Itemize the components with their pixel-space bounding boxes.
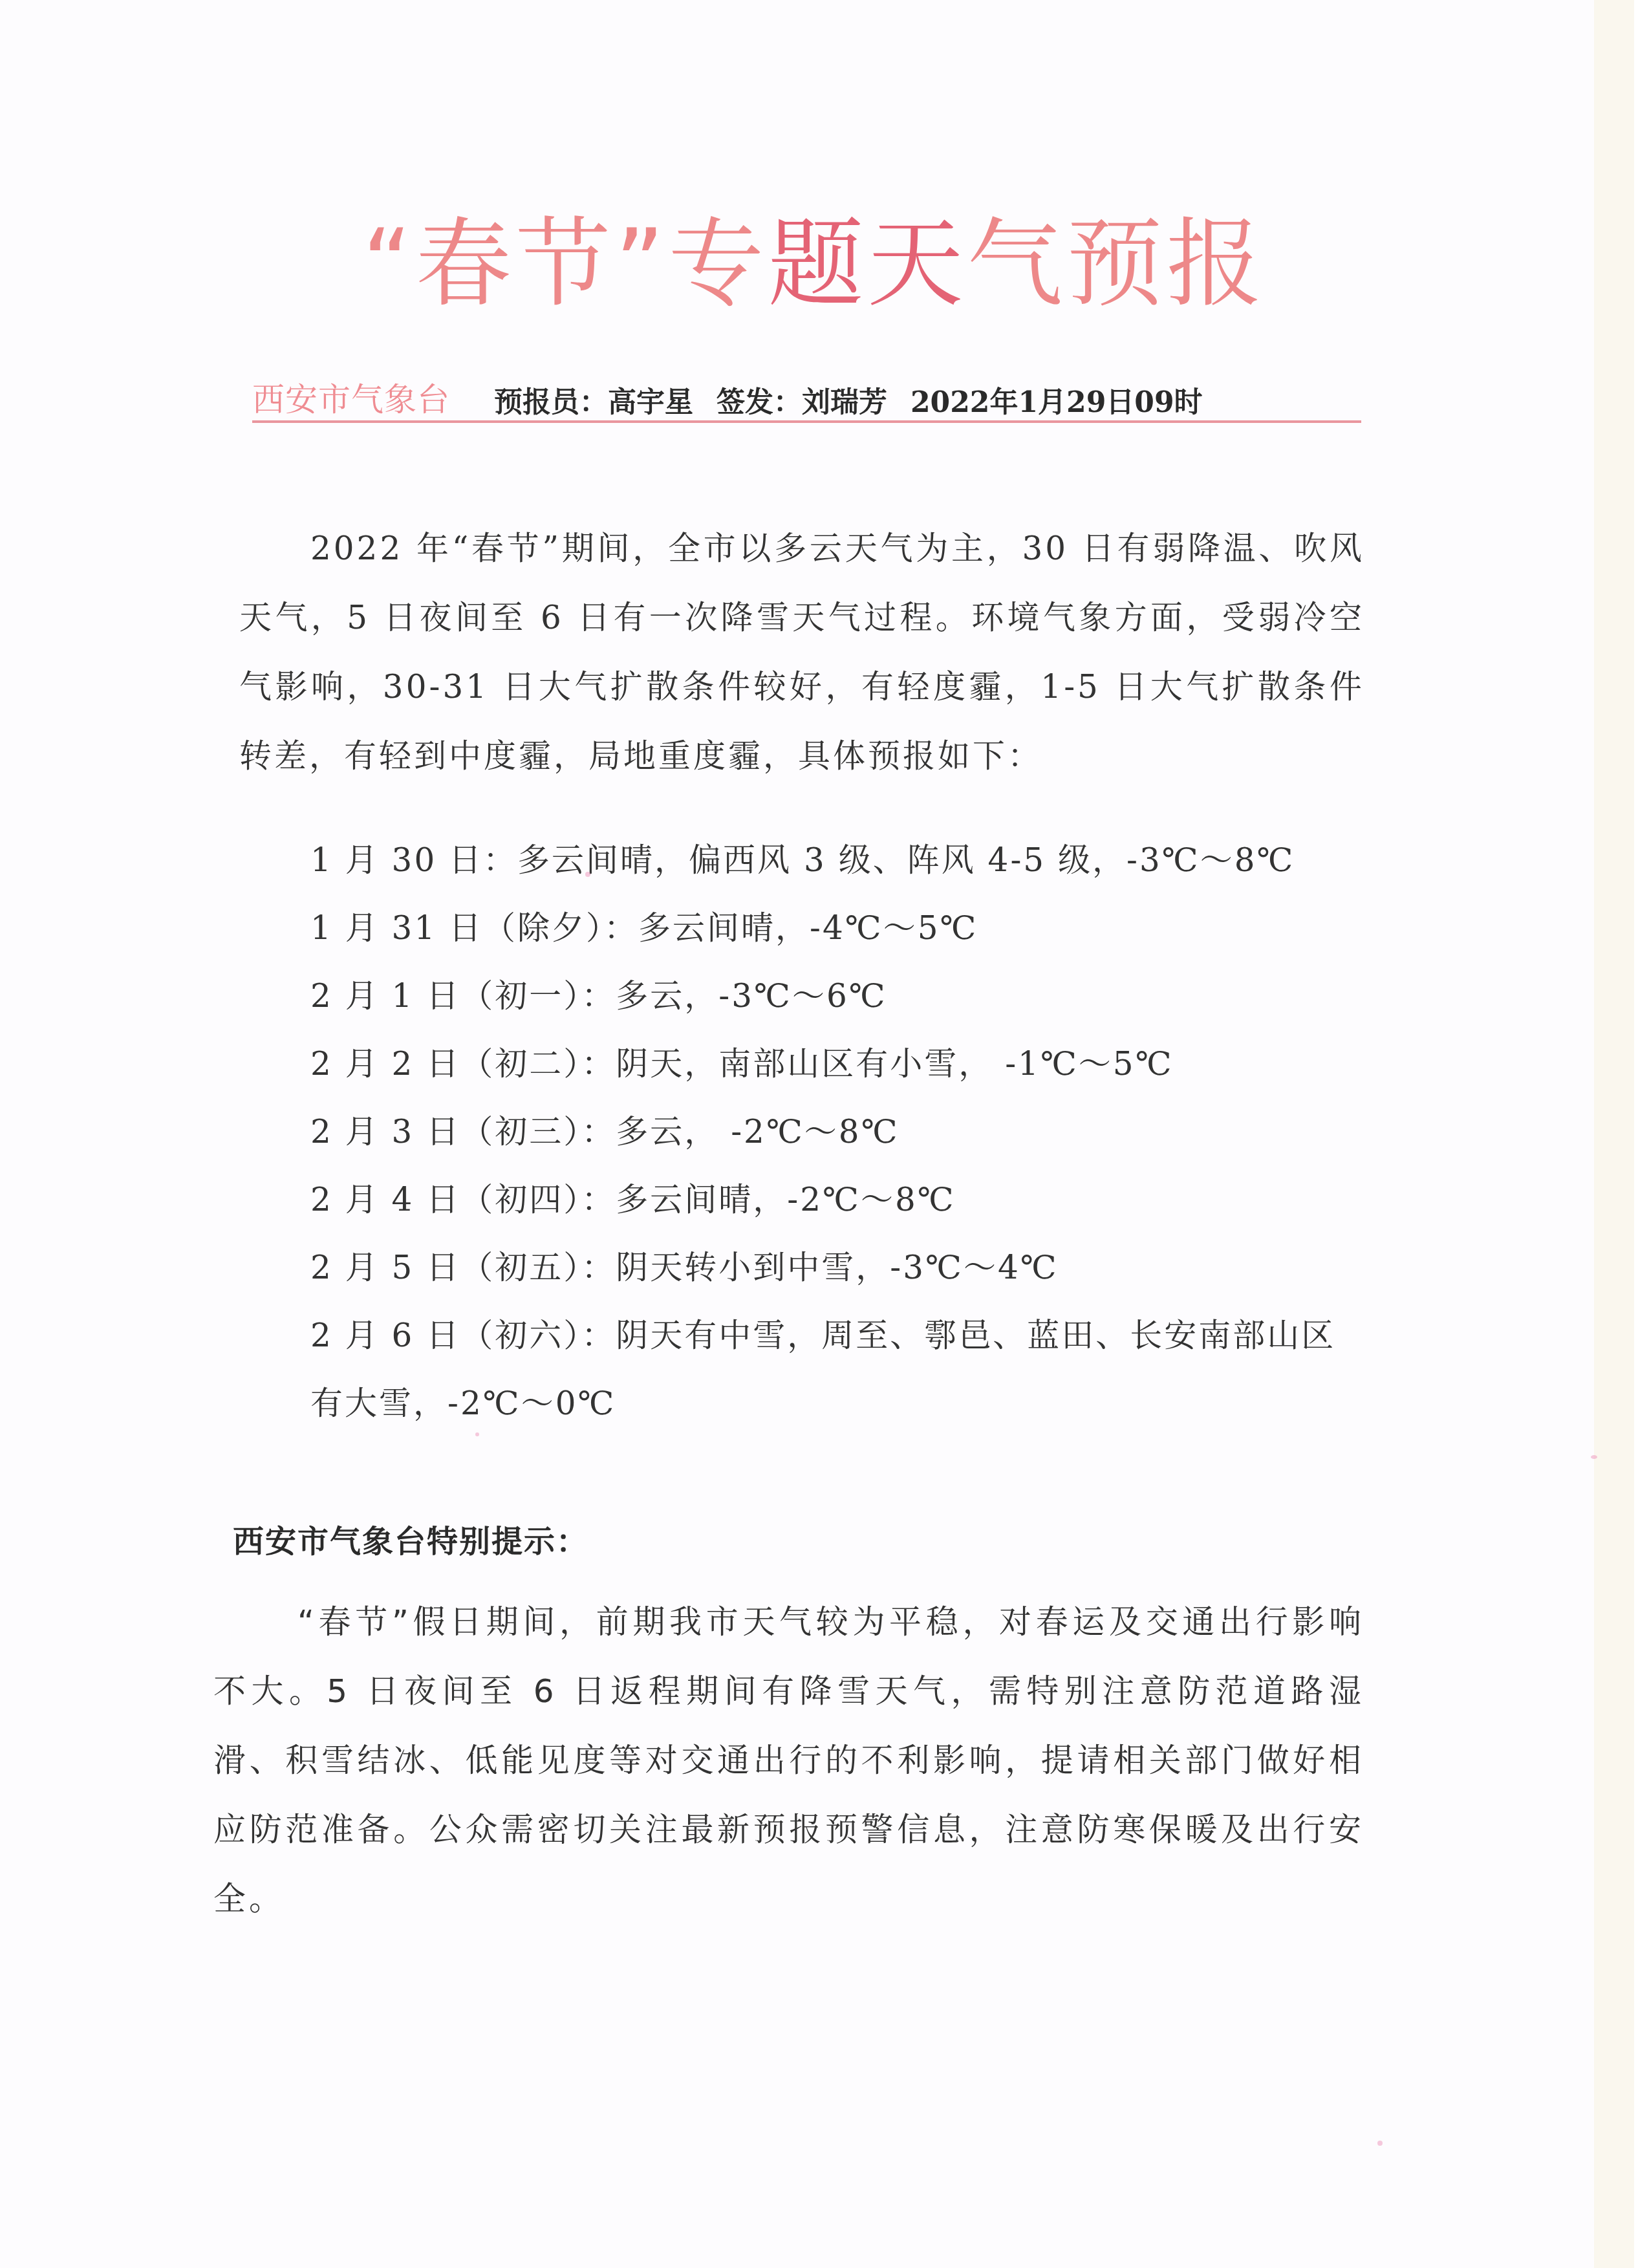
forecaster: 预报员：高宇星 bbox=[494, 379, 693, 420]
forecast-row-jan31: 1 月 31 日（除夕）：多云间晴，-4℃～5℃ bbox=[239, 894, 1364, 962]
issuer: 签发：刘瑞芳 bbox=[717, 379, 887, 420]
title-part-festival: 春节 bbox=[416, 208, 615, 319]
notice-paragraph: “春节”假日期间，前期我市天气较为平稳，对春运及交通出行影响不大。5 日夜间至 … bbox=[213, 1588, 1364, 1934]
issue-datetime: 2022年1月29日09时 bbox=[911, 379, 1203, 420]
title-quote-open: “ bbox=[362, 208, 416, 319]
title-part-topic: 题天 bbox=[768, 208, 967, 319]
title-quote-close: ” bbox=[615, 208, 669, 319]
forecast-row-jan30: 1 月 30 日：多云间晴，偏西风 3 级、阵风 4-5 级，-3℃～8℃ bbox=[239, 826, 1364, 894]
forecast-row-feb1: 2 月 1 日（初一）：多云，-3℃～6℃ bbox=[239, 962, 1364, 1030]
title-part-special: 专 bbox=[668, 208, 768, 319]
forecast-row-feb3: 2 月 3 日（初三）：多云， -2℃～8℃ bbox=[239, 1098, 1364, 1166]
scan-edge-strip bbox=[1594, 0, 1634, 2268]
document-title: “春节”专题天气预报 bbox=[362, 188, 1267, 325]
organization-name: 西安市气象台 bbox=[252, 374, 450, 420]
scan-speck bbox=[1591, 1455, 1597, 1459]
forecast-row-feb4: 2 月 4 日（初四）：多云间晴，-2℃～8℃ bbox=[239, 1166, 1364, 1234]
scan-speck bbox=[585, 872, 590, 877]
intro-paragraph: 2022 年“春节”期间，全市以多云天气为主，30 日有弱降温、吹风天气，5 日… bbox=[239, 514, 1364, 791]
scan-speck bbox=[1377, 2141, 1383, 2146]
forecast-row-feb2: 2 月 2 日（初二）：阴天，南部山区有小雪， -1℃～5℃ bbox=[239, 1030, 1364, 1098]
daily-forecast-list: 1 月 30 日：多云间晴，偏西风 3 级、阵风 4-5 级，-3℃～8℃ 1 … bbox=[239, 826, 1364, 1438]
title-part-forecast: 气预报 bbox=[967, 208, 1266, 319]
forecast-row-feb5: 2 月 5 日（初五）：阴天转小到中雪，-3℃～4℃ bbox=[239, 1234, 1364, 1302]
notice-heading: 西安市气象台特别提示： bbox=[233, 1517, 588, 1561]
issuer-header: 西安市气象台 预报员：高宇星 签发：刘瑞芳 2022年1月29日09时 bbox=[252, 376, 1361, 423]
forecast-row-feb6: 2 月 6 日（初六）：阴天有中雪，周至、鄠邑、蓝田、长安南部山区有大雪，-2℃… bbox=[239, 1302, 1364, 1438]
scan-speck bbox=[475, 1432, 479, 1436]
